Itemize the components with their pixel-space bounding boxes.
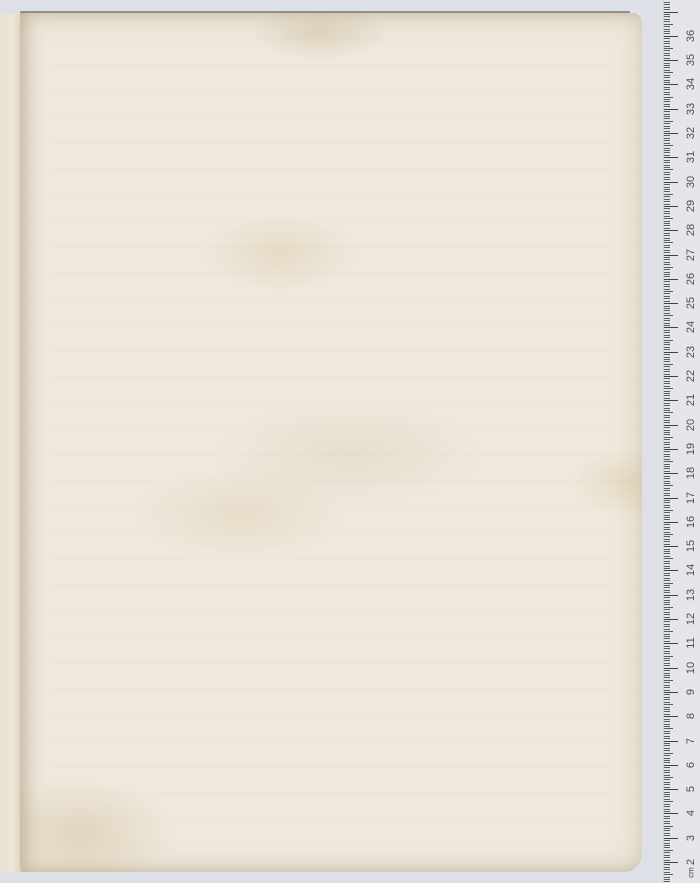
ruler-tick <box>664 617 670 618</box>
ruler-tick <box>664 607 673 608</box>
ruler-tick <box>664 566 670 567</box>
ruler-tick <box>664 826 673 827</box>
ruler-tick <box>664 361 670 362</box>
ruler-tick <box>664 638 670 639</box>
ruler-tick <box>664 493 670 494</box>
ruler-tick <box>664 48 673 49</box>
ruler-tick <box>664 478 670 479</box>
ruler-tick <box>664 109 678 110</box>
ruler-tick <box>664 121 673 122</box>
ruler-tick <box>664 211 670 212</box>
ruler-tick <box>664 242 673 243</box>
ruler-tick <box>664 692 678 693</box>
ruler-tick <box>664 551 670 552</box>
ruler-tick <box>664 174 670 175</box>
ruler-tick <box>664 719 670 720</box>
ruler-tick <box>664 335 670 336</box>
ruler-tick <box>664 449 678 450</box>
ruler-tick <box>664 410 670 411</box>
ruler-tick <box>664 376 678 377</box>
ruler-tick <box>664 230 678 231</box>
ruler-tick <box>664 427 670 428</box>
ruler-tick <box>664 682 670 683</box>
ruler-tick <box>664 131 670 132</box>
ruler-tick <box>664 444 670 445</box>
ruler-tick <box>664 651 670 652</box>
ruler-tick <box>664 816 670 817</box>
ruler-tick <box>664 789 678 790</box>
ruler-tick <box>664 276 670 277</box>
ruler-tick <box>664 245 670 246</box>
ruler-tick <box>664 165 670 166</box>
ruler-tick <box>664 707 670 708</box>
ruler-tick <box>664 140 670 141</box>
ruler-label: 22 <box>685 366 697 386</box>
ruler-tick <box>664 310 670 311</box>
ruler-tick <box>664 386 670 387</box>
ruler-tick <box>664 150 670 151</box>
ruler-tick <box>664 563 670 564</box>
ruler-tick <box>664 75 670 76</box>
ruler-label: 15 <box>685 536 697 556</box>
ruler-tick <box>664 301 670 302</box>
ruler-tick <box>664 456 670 457</box>
ruler-tick <box>664 578 670 579</box>
ruler-tick <box>664 546 678 547</box>
ruler-label: 33 <box>685 99 697 119</box>
ruler-tick <box>664 544 670 545</box>
ruler-tick <box>664 38 670 39</box>
ruler-tick <box>664 332 670 333</box>
ruler-tick <box>664 347 670 348</box>
ruler-tick <box>664 250 670 251</box>
ruler-tick <box>664 690 670 691</box>
ruler-tick <box>664 755 670 756</box>
ruler-tick <box>664 687 670 688</box>
ruler-tick <box>664 354 670 355</box>
ruler-label: 11 <box>685 633 697 653</box>
ruler-tick <box>664 534 673 535</box>
ruler-tick <box>664 641 670 642</box>
ruler-label: 35 <box>685 50 697 70</box>
ruler-tick <box>664 155 670 156</box>
ruler-tick <box>664 522 678 523</box>
ruler-tick <box>664 595 678 596</box>
ruler-tick <box>664 704 673 705</box>
ruler-tick <box>664 592 670 593</box>
ruler-tick <box>664 485 673 486</box>
ruler-label: 36 <box>685 26 697 46</box>
ruler-tick <box>664 7 670 8</box>
ruler-tick <box>664 434 670 435</box>
ruler-tick <box>664 99 670 100</box>
ruler-label: 8 <box>685 706 697 726</box>
ruler-label: 30 <box>685 172 697 192</box>
ruler-tick <box>664 92 670 93</box>
ruler-label: 10 <box>685 658 697 678</box>
ruler-tick <box>664 167 670 168</box>
ruler-tick <box>664 529 670 530</box>
ruler-tick <box>664 344 670 345</box>
ruler-tick <box>664 804 670 805</box>
ruler-tick <box>664 371 670 372</box>
ruler-tick <box>664 259 670 260</box>
ruler-tick <box>664 323 670 324</box>
ruler-tick <box>664 743 670 744</box>
ruler-tick <box>664 447 670 448</box>
ruler-tick <box>664 252 670 253</box>
ruler-tick <box>664 466 670 467</box>
ruler-tick <box>664 561 670 562</box>
ruler-tick <box>664 648 670 649</box>
ruler-tick <box>664 420 670 421</box>
ruler-tick <box>664 765 678 766</box>
ruler-tick <box>664 629 670 630</box>
ruler-tick <box>664 779 670 780</box>
ruler-tick <box>664 539 670 540</box>
ruler-tick <box>664 556 670 557</box>
ruler-tick <box>664 536 670 537</box>
ruler-tick <box>664 818 670 819</box>
ruler-tick <box>664 673 670 674</box>
ruler-tick <box>664 568 670 569</box>
ruler-tick <box>664 289 670 290</box>
ruler-tick <box>664 575 670 576</box>
ruler-tick <box>664 29 670 30</box>
ruler-tick <box>664 745 670 746</box>
ruler-tick <box>664 583 673 584</box>
ruler-tick <box>664 184 670 185</box>
ruler-tick <box>664 500 670 501</box>
ruler-tick <box>664 223 670 224</box>
ruler-tick <box>664 208 670 209</box>
ruler-label: 32 <box>685 123 697 143</box>
ruler-tick <box>664 813 678 814</box>
ruler-tick <box>664 609 670 610</box>
ruler-tick <box>664 318 670 319</box>
ruler-tick <box>664 4 670 5</box>
ruler-tick <box>664 228 670 229</box>
ruler-tick <box>664 872 670 873</box>
ruler-tick <box>664 206 678 207</box>
ruler-tick <box>664 94 670 95</box>
ruler-tick <box>664 82 670 83</box>
ruler-tick <box>664 828 670 829</box>
ruler-tick <box>664 570 678 571</box>
ruler-tick <box>664 597 670 598</box>
ruler-tick <box>664 799 670 800</box>
ruler-tick <box>664 80 670 81</box>
ruler-tick <box>664 619 678 620</box>
ruler-tick <box>664 782 670 783</box>
ruler-tick <box>664 128 670 129</box>
ruler-tick <box>664 724 670 725</box>
ruler-tick <box>664 845 670 846</box>
ruler-tick <box>664 114 670 115</box>
ruler-tick <box>664 590 670 591</box>
ruler-label: 21 <box>685 390 697 410</box>
ruler-tick <box>664 726 670 727</box>
ruler-tick <box>664 160 670 161</box>
ruler-tick <box>664 58 670 59</box>
ruler-tick <box>664 614 670 615</box>
ruler-tick <box>664 439 670 440</box>
ruler-tick <box>664 549 670 550</box>
ruler-label: 26 <box>685 269 697 289</box>
ruler-tick <box>664 36 678 37</box>
ruler-tick <box>664 337 670 338</box>
ruler-tick <box>664 857 670 858</box>
ruler-tick <box>664 733 670 734</box>
ruler-tick <box>664 403 670 404</box>
ruler-tick <box>664 53 670 54</box>
ruler-tick <box>664 558 673 559</box>
ruler-label: 3 <box>685 828 697 848</box>
ruler-tick <box>664 602 670 603</box>
ruler-tick <box>664 454 670 455</box>
ruler-tick <box>664 801 673 802</box>
ruler-tick <box>664 293 670 294</box>
ruler-tick <box>664 187 670 188</box>
ruler-tick <box>664 459 670 460</box>
ruler-tick <box>664 490 670 491</box>
ruler-tick <box>664 199 670 200</box>
ruler-tick <box>664 279 678 280</box>
ruler-tick <box>664 133 678 134</box>
ruler-tick <box>664 811 670 812</box>
ruler-tick <box>664 213 670 214</box>
ruler-tick <box>664 349 670 350</box>
ruler-tick <box>664 267 673 268</box>
ruler-label: 19 <box>685 439 697 459</box>
ruler-tick <box>664 714 670 715</box>
ruler-tick <box>664 626 670 627</box>
ruler-tick <box>664 374 670 375</box>
ruler-label: 20 <box>685 415 697 435</box>
ruler-tick <box>664 9 670 10</box>
ruler-label: 18 <box>685 463 697 483</box>
ruler-tick <box>664 123 670 124</box>
ruler-tick <box>664 204 670 205</box>
ruler-tick <box>664 653 670 654</box>
ruler-tick <box>664 272 670 273</box>
ruler-tick <box>664 736 670 737</box>
ruler-tick <box>664 84 678 85</box>
ruler-tick <box>664 425 678 426</box>
ruler-tick <box>664 104 670 105</box>
ruler-tick <box>664 612 670 613</box>
ruler-tick <box>664 731 670 732</box>
ruler-tick <box>664 381 670 382</box>
ruler-tick <box>664 196 670 197</box>
ruler-tick <box>664 498 678 499</box>
ruler-tick <box>664 600 670 601</box>
ruler-label: 7 <box>685 731 697 751</box>
ruler-tick <box>664 847 670 848</box>
ruler-tick <box>664 809 670 810</box>
ruler-tick <box>664 874 673 875</box>
ruler-label: 23 <box>685 342 697 362</box>
ruler-tick <box>664 398 670 399</box>
ruler-tick <box>664 636 670 637</box>
ruler-label: 4 <box>685 803 697 823</box>
ruler-tick <box>664 553 670 554</box>
ruler-tick <box>664 286 670 287</box>
ruler-label: 28 <box>685 220 697 240</box>
ruler-tick <box>664 201 670 202</box>
ruler-tick <box>664 835 670 836</box>
ruler-tick <box>664 388 673 389</box>
ruler-tick <box>664 89 670 90</box>
ruler-tick <box>664 60 678 61</box>
ruler-tick <box>664 357 670 358</box>
ruler-tick <box>664 55 670 56</box>
ruler-tick <box>664 855 670 856</box>
ruler-tick <box>664 72 673 73</box>
ruler-tick <box>664 512 670 513</box>
ruler-tick <box>664 274 670 275</box>
ruler-tick <box>664 391 670 392</box>
ruler-tick <box>664 750 670 751</box>
ruler-tick <box>664 634 670 635</box>
ruler-tick <box>664 699 670 700</box>
ruler-tick <box>664 330 670 331</box>
ruler-tick <box>664 451 670 452</box>
ruler-tick <box>664 43 670 44</box>
ruler-tick <box>664 860 670 861</box>
ruler-tick <box>664 143 670 144</box>
ruler-tick <box>664 881 670 882</box>
ruler-tick <box>664 869 670 870</box>
ruler-tick <box>664 471 670 472</box>
ruler-tick <box>664 840 670 841</box>
ruler-tick <box>664 14 670 15</box>
ruler-tick <box>664 378 670 379</box>
ruler-label: 2 <box>685 852 697 872</box>
ruler-tick <box>664 412 673 413</box>
ruler-tick <box>664 488 670 489</box>
ruler-tick <box>664 663 670 664</box>
ruler-tick <box>664 327 678 328</box>
ruler-tick <box>664 191 670 192</box>
ruler-tick <box>664 291 673 292</box>
ruler-tick <box>664 70 670 71</box>
ruler-tick <box>664 182 678 183</box>
ruler-tick <box>664 221 670 222</box>
ruler-tick <box>664 709 670 710</box>
ruler-tick <box>664 864 670 865</box>
ruler-label: 24 <box>685 317 697 337</box>
ruler-tick <box>664 408 670 409</box>
ruler-tick <box>664 162 670 163</box>
blank-paper-page <box>20 13 642 872</box>
ruler-tick <box>664 833 670 834</box>
ruler-tick <box>664 415 670 416</box>
ruler-tick <box>664 218 673 219</box>
ruler-tick <box>664 225 670 226</box>
ruler-tick <box>664 216 670 217</box>
ruler-tick <box>664 313 670 314</box>
ruler-tick <box>664 359 670 360</box>
ruler-tick <box>664 850 673 851</box>
ruler-tick <box>664 476 670 477</box>
ruler-tick <box>664 541 670 542</box>
ruler-tick <box>664 821 670 822</box>
ruler-tick <box>664 325 670 326</box>
ruler-tick <box>664 585 670 586</box>
ruler-tick <box>664 877 670 878</box>
ruler-tick <box>664 770 670 771</box>
ruler-tick <box>664 721 670 722</box>
ruler-tick <box>664 400 678 401</box>
ruler-tick <box>664 240 670 241</box>
ruler-tick <box>664 430 670 431</box>
ruler-label: 27 <box>685 245 697 265</box>
ruler-tick <box>664 235 670 236</box>
ruler-tick <box>664 315 673 316</box>
ruler-tick <box>664 101 670 102</box>
ruler-tick <box>664 255 678 256</box>
ruler-tick <box>664 31 670 32</box>
ruler-tick <box>664 473 678 474</box>
ruler-tick <box>664 515 670 516</box>
ruler-label: 12 <box>685 609 697 629</box>
ruler-tick <box>664 685 670 686</box>
ruler-tick <box>664 777 673 778</box>
ruler-label: 16 <box>685 512 697 532</box>
ruler-tick <box>664 281 670 282</box>
ruler-tick <box>664 481 670 482</box>
ruler-tick <box>664 823 670 824</box>
ruler-tick <box>664 257 670 258</box>
ruler-tick <box>664 116 670 117</box>
ruler-tick <box>664 169 673 170</box>
ruler-tick <box>664 697 670 698</box>
ruler-tick <box>664 680 673 681</box>
ruler-tick <box>664 792 670 793</box>
ruler-tick <box>664 138 670 139</box>
ruler-tick <box>664 532 670 533</box>
ruler-tick <box>664 702 670 703</box>
ruler-tick <box>664 306 670 307</box>
ruler-tick <box>664 711 670 712</box>
ruler-tick <box>664 395 670 396</box>
ruler-tick <box>664 483 670 484</box>
ruler-tick <box>664 604 670 605</box>
ruler-tick <box>664 862 678 863</box>
ruler-tick <box>664 738 670 739</box>
ruler-tick <box>664 524 670 525</box>
ruler-tick <box>664 843 670 844</box>
ruler-tick <box>664 12 678 13</box>
ruler-tick <box>664 656 673 657</box>
ruler-tick <box>664 16 670 17</box>
ruler-tick <box>664 364 673 365</box>
ruler-label: 6 <box>685 755 697 775</box>
ruler-tick <box>664 21 670 22</box>
ruler-tick <box>664 303 678 304</box>
ruler-tick <box>664 269 670 270</box>
ruler-tick <box>664 106 670 107</box>
ruler-tick <box>664 587 670 588</box>
ruler-tick <box>664 262 670 263</box>
ruler-tick <box>664 748 670 749</box>
ruler-tick <box>664 760 670 761</box>
ruler-tick <box>664 741 678 742</box>
ruler-tick <box>664 298 670 299</box>
ruler-tick <box>664 437 673 438</box>
ruler-tick <box>664 852 670 853</box>
